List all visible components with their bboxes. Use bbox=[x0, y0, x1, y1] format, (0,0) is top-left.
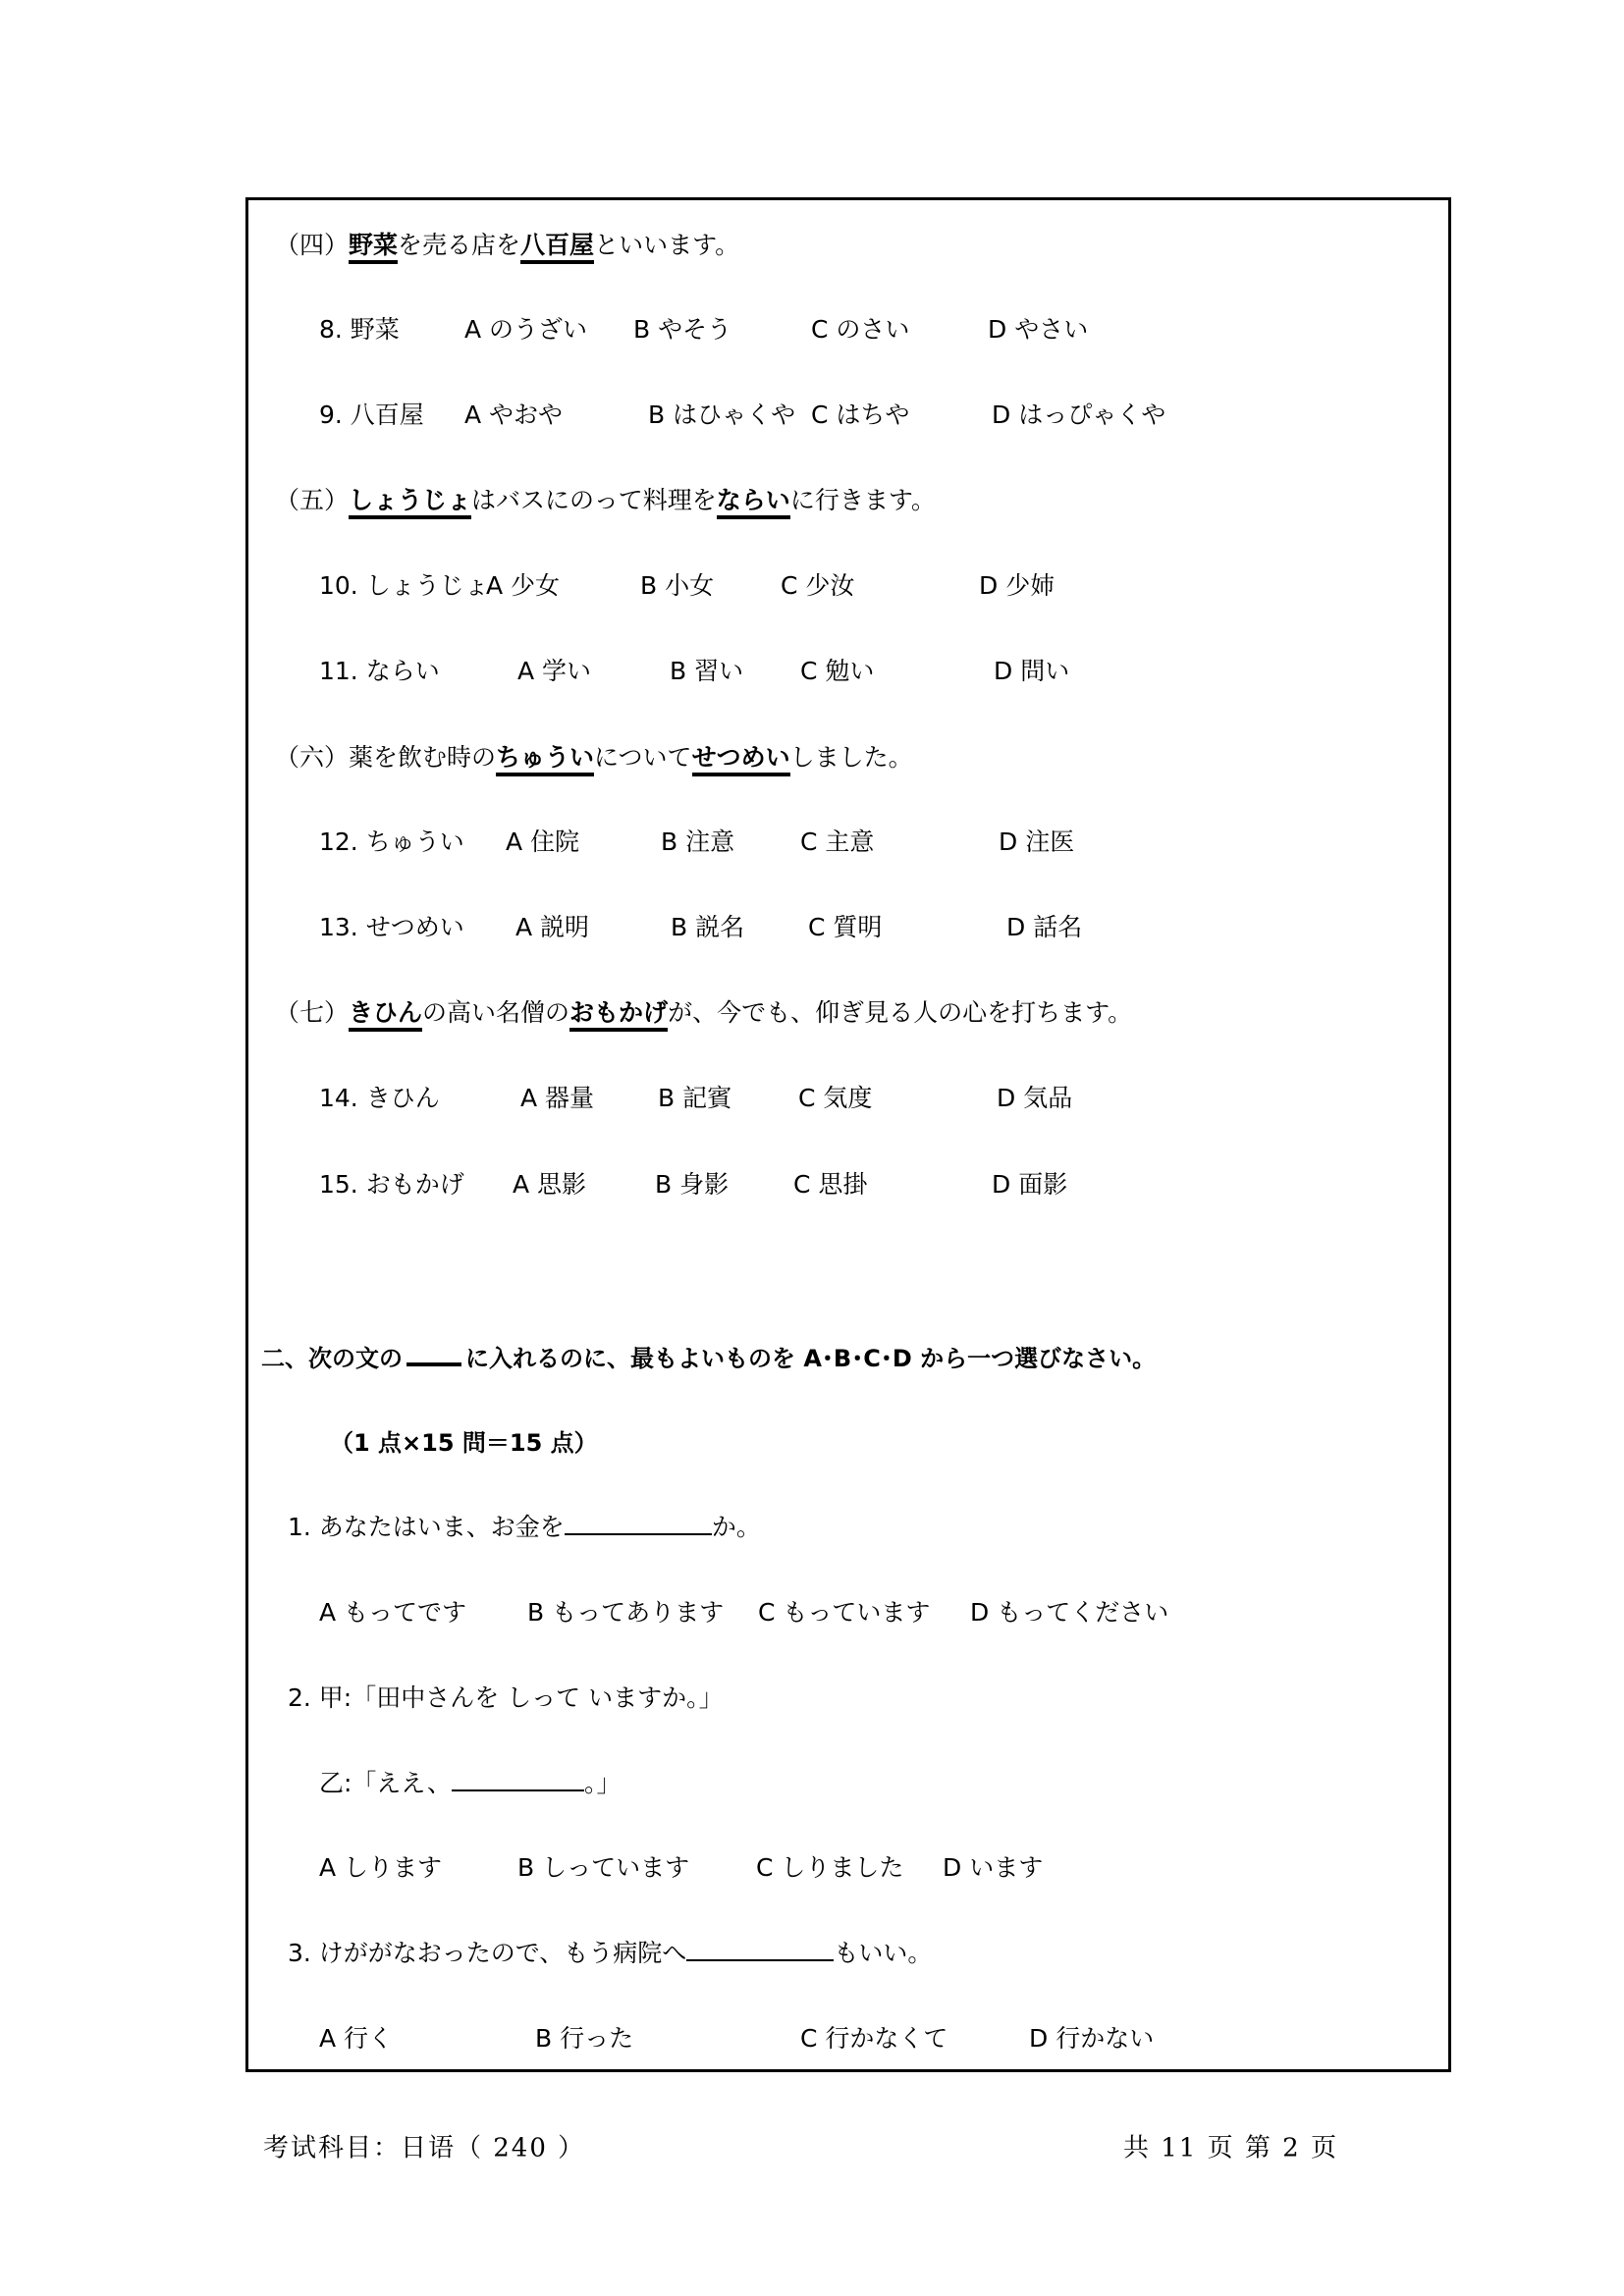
section-2-scoring: （1 点×15 問＝15 点） bbox=[330, 1426, 598, 1460]
group-4-sentence: （四）野菜を売る店を八百屋といいます。 bbox=[275, 229, 739, 262]
question-8-option-a[interactable]: A のうざい bbox=[464, 313, 587, 347]
question-8-option-c[interactable]: C のさい bbox=[811, 313, 909, 347]
s2-question-3-option-a[interactable]: A 行く bbox=[319, 2022, 393, 2056]
heading-text: に入れるのに、最もよいものを A･B･C･D から一つ選びなさい。 bbox=[465, 1345, 1156, 1372]
question-9-option-d[interactable]: D はっぴゃくや bbox=[992, 399, 1165, 432]
s2-question-2-option-a[interactable]: A しります bbox=[319, 1851, 442, 1885]
underlined-word: せつめい bbox=[692, 743, 790, 776]
question-11-option-d[interactable]: D 問い bbox=[994, 655, 1069, 688]
underlined-word: おもかげ bbox=[569, 998, 668, 1032]
s2-question-1-option-b[interactable]: B もってあります bbox=[527, 1596, 724, 1629]
question-9-option-b[interactable]: B はひゃくや bbox=[648, 399, 795, 432]
question-14-label: 14. きひん bbox=[319, 1082, 440, 1115]
question-10-label: 10. しょうじょ bbox=[319, 569, 489, 603]
question-11-option-c[interactable]: C 勉い bbox=[800, 655, 874, 688]
question-11-option-b[interactable]: B 習い bbox=[670, 655, 743, 688]
question-12-option-d[interactable]: D 注医 bbox=[999, 826, 1074, 859]
group-marker: （七） bbox=[275, 998, 349, 1027]
question-10-option-c[interactable]: C 少汝 bbox=[781, 569, 854, 603]
question-15-option-d[interactable]: D 面影 bbox=[992, 1168, 1067, 1201]
s2-question-3-option-d[interactable]: D 行かない bbox=[1029, 2022, 1154, 2056]
question-15-option-c[interactable]: C 思掛 bbox=[793, 1168, 867, 1201]
question-8-option-b[interactable]: B やそう bbox=[633, 313, 731, 347]
s2-question-3-option-b[interactable]: B 行った bbox=[535, 2022, 633, 2056]
question-14-option-a[interactable]: A 器量 bbox=[520, 1082, 594, 1115]
s2-question-2-option-c[interactable]: C しりました bbox=[756, 1851, 903, 1885]
sentence-text: はバスにのって料理を bbox=[471, 486, 717, 514]
stem-text: 3. けががなおったので、もう病院へ bbox=[288, 1939, 686, 1967]
question-11-option-a[interactable]: A 学い bbox=[517, 655, 591, 688]
underlined-word: きひん bbox=[349, 998, 422, 1032]
answer-blank bbox=[686, 1940, 834, 1961]
sentence-text: といいます。 bbox=[594, 231, 739, 259]
question-8-label: 8. 野菜 bbox=[319, 313, 400, 347]
s2-question-2-option-b[interactable]: B しっています bbox=[517, 1851, 689, 1885]
s2-question-1-option-d[interactable]: D もってください bbox=[970, 1596, 1168, 1629]
sentence-text: の高い名僧の bbox=[422, 998, 569, 1027]
sentence-text: が、今でも、仰ぎ見る人の心を打ちます。 bbox=[668, 998, 1132, 1027]
question-13-option-b[interactable]: B 説名 bbox=[671, 911, 744, 944]
question-9-option-c[interactable]: C はちや bbox=[811, 399, 909, 432]
reply-text: 。」 bbox=[584, 1769, 622, 1797]
stem-text: 1. あなたはいま、お金を bbox=[288, 1513, 565, 1541]
sentence-text: に行きます。 bbox=[790, 486, 936, 514]
question-13-label: 13. せつめい bbox=[319, 911, 464, 944]
question-13-option-c[interactable]: C 質明 bbox=[808, 911, 882, 944]
question-12-label: 12. ちゅうい bbox=[319, 826, 464, 859]
question-14-option-d[interactable]: D 気品 bbox=[997, 1082, 1072, 1115]
footer-page-count: 共 11 页 第 2 页 bbox=[1123, 2128, 1338, 2164]
s2-question-1-option-c[interactable]: C もっています bbox=[758, 1596, 930, 1629]
question-12-option-a[interactable]: A 住院 bbox=[506, 826, 579, 859]
s2-question-1-stem: 1. あなたはいま、お金をか。 bbox=[288, 1511, 761, 1544]
footer-subject: 考试科目：日语（ 240 ） bbox=[263, 2128, 585, 2164]
question-13-option-d[interactable]: D 話名 bbox=[1006, 911, 1082, 944]
group-marker: （四） bbox=[275, 231, 349, 259]
group-marker: （五） bbox=[275, 486, 349, 514]
question-15-option-b[interactable]: B 身影 bbox=[655, 1168, 729, 1201]
underlined-word: ちゅうい bbox=[496, 743, 594, 776]
underlined-word: 八百屋 bbox=[520, 231, 594, 264]
s2-question-3-stem: 3. けががなおったので、もう病院へもいい。 bbox=[288, 1937, 932, 1970]
question-10-option-a[interactable]: A 少女 bbox=[486, 569, 560, 603]
question-13-option-a[interactable]: A 説明 bbox=[515, 911, 589, 944]
group-marker: （六） bbox=[275, 743, 349, 772]
question-11-label: 11. ならい bbox=[319, 655, 440, 688]
reply-text: 乙:「ええ、 bbox=[319, 1769, 452, 1797]
heading-blank bbox=[406, 1343, 461, 1366]
s2-question-2-reply: 乙:「ええ、。」 bbox=[319, 1767, 621, 1800]
sentence-text: 薬を飲む時の bbox=[349, 743, 496, 772]
question-15-option-a[interactable]: A 思影 bbox=[513, 1168, 586, 1201]
question-10-option-b[interactable]: B 小女 bbox=[640, 569, 714, 603]
question-14-option-b[interactable]: B 記賓 bbox=[658, 1082, 731, 1115]
question-12-option-c[interactable]: C 主意 bbox=[800, 826, 874, 859]
question-9-label: 9. 八百屋 bbox=[319, 399, 424, 432]
section-2-heading: 二、次の文のに入れるのに、最もよいものを A･B･C･D から一つ選びなさい。 bbox=[261, 1342, 1156, 1375]
answer-blank bbox=[452, 1770, 584, 1791]
question-14-option-c[interactable]: C 気度 bbox=[798, 1082, 872, 1115]
group-6-sentence: （六）薬を飲む時のちゅういについてせつめいしました。 bbox=[275, 741, 913, 774]
group-5-sentence: （五）しょうじょはバスにのって料理をならいに行きます。 bbox=[275, 484, 936, 517]
question-8-option-d[interactable]: D やさい bbox=[988, 313, 1088, 347]
underlined-word: しょうじょ bbox=[349, 486, 471, 519]
underlined-word: 野菜 bbox=[349, 231, 398, 264]
stem-text: もいい。 bbox=[834, 1939, 932, 1967]
question-10-option-d[interactable]: D 少姉 bbox=[979, 569, 1055, 603]
s2-question-2-option-d[interactable]: D います bbox=[943, 1851, 1043, 1885]
group-7-sentence: （七）きひんの高い名僧のおもかげが、今でも、仰ぎ見る人の心を打ちます。 bbox=[275, 996, 1132, 1030]
sentence-text: しました。 bbox=[790, 743, 913, 772]
question-9-option-a[interactable]: A やおや bbox=[464, 399, 563, 432]
stem-text: か。 bbox=[712, 1513, 761, 1541]
sentence-text: を売る店を bbox=[398, 231, 520, 259]
answer-blank bbox=[565, 1514, 712, 1535]
underlined-word: ならい bbox=[717, 486, 790, 519]
s2-question-3-option-c[interactable]: C 行かなくて bbox=[800, 2022, 947, 2056]
heading-text: 二、次の文の bbox=[261, 1345, 403, 1372]
s2-question-1-option-a[interactable]: A もってです bbox=[319, 1596, 466, 1629]
question-15-label: 15. おもかげ bbox=[319, 1168, 464, 1201]
question-12-option-b[interactable]: B 注意 bbox=[661, 826, 734, 859]
sentence-text: について bbox=[594, 743, 692, 772]
s2-question-2-stem: 2. 甲:「田中さんを しって いますか。」 bbox=[288, 1682, 724, 1715]
